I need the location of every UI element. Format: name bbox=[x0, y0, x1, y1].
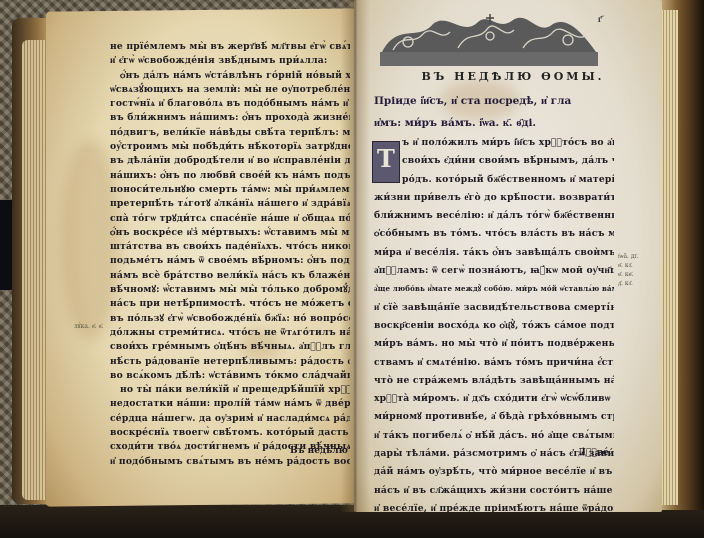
text-line: на́съ при нетѣ́рпимостѣ. что́съ не мо́же… bbox=[110, 297, 350, 311]
text-line: ѻ҆́нъ воскре́се и҆з̾ ме́ртвыхъ: ѡ҆́стави… bbox=[110, 226, 350, 240]
text-line: свои́хъ гре́мнымъ ѻ҆цѣ́нъ вѣ́чныѧ. а҆пⷭ҇… bbox=[110, 340, 350, 354]
text-line: хрⷭ҇та̀ ми́ромъ. и҆ дх҃ъ схо́дити є҆гѡ̀ … bbox=[374, 390, 614, 408]
text-line: ро́дъ. кото́рый бж҃е́ственномъ и҆ матері… bbox=[374, 171, 614, 189]
text-line: ъ и҆ поло́жилъ ми́ръ і҆и҃съ хрⷭ҇то́съ во… bbox=[374, 134, 614, 152]
text-line: да́й на́мъ оу҆зрѣ́ть, что̀ ми́рное весе́… bbox=[374, 463, 614, 481]
text-line: ѻ҆со́бнымъ въ то́мъ. что́съ вла́сть въ н… bbox=[374, 225, 614, 243]
catchword: Въ недѣ́лю bbox=[290, 446, 348, 456]
margin-note-line: і҆ѡа̑. ді҃. bbox=[618, 252, 638, 261]
text-line: что̀ не стрáжемъ вла́дѣть завѣща́ннымъ н… bbox=[374, 372, 614, 390]
intro-line: Пріиде і҆и҃съ, и҆ ста посредѣ, и҆ гла bbox=[374, 90, 624, 112]
text-line: жи́зни при́велъ е҆го̀ до крѣ́пости. возв… bbox=[374, 189, 614, 207]
text-line: ми́ръ ва́мъ. но мы̀ что̀ и҆ по́итъ подве… bbox=[374, 335, 614, 353]
margin-note-line: ѳ҃. кѳ҃. bbox=[618, 270, 638, 279]
text-line: спа̀ то́гѡ трꙋди́тсѧ спасе́нїе на́ше и҆ … bbox=[110, 212, 350, 226]
text-line: поноси́тельнꙋю смерть та́мѡ: мы̀ при́ѧмл… bbox=[110, 183, 350, 197]
margin-reference: і҆ѡа̑. ді҃. ѳ҃. кз҃. ѳ҃. кѳ҃. д҃. кз҃. bbox=[618, 252, 638, 288]
text-line: свои́хъ є҆ди́ни свои́мъ вѣ́рнымъ, да́лъ … bbox=[374, 152, 614, 170]
text-line: на́мъ всѐ бра́тство вели́кїѧ на́съ къ бл… bbox=[110, 269, 350, 283]
text-line: во всѧ́комъ дѣ́лѣ: ѡ҆ста́вимъ то́кмо сла… bbox=[110, 369, 350, 383]
page-number: г҃ bbox=[598, 14, 602, 25]
text-line: оу҆́строимъ мы̀ побѣди́ть нѣ́которїѧ зат… bbox=[110, 140, 350, 154]
chapter-heading: ВЪ НЕДѢЛЮ ѲОМЫ. bbox=[398, 70, 628, 83]
text-line: недостатки на́ши: пролі́й та́мѡ на́мъ ѿ … bbox=[110, 397, 350, 411]
text-line: ми́рномꙋ противнѣ́е, а҆ бѣда̀ грѣхо́вным… bbox=[374, 408, 614, 426]
text-line: гостѡ́нїѧ и҆ благово́лѧ въ подо́бнымъ на… bbox=[110, 97, 350, 111]
text-line: по́двигъ, вели́кїе на́вѣды свѣ́та терпѣ́… bbox=[110, 126, 350, 140]
text-line: въ дѣла́нїи добродѣ́тели и҆ во и҆справле… bbox=[110, 154, 350, 168]
text-line: а҆пⷭ҇ламъ: ѿ сегѡ̀ позна́ютъ, ꙗ҆́кѡ мои̑… bbox=[374, 262, 614, 280]
text-line: воскре́снїѧ твоегѡ̀ свѣ́томъ. кото́рый д… bbox=[110, 426, 350, 440]
text-line: ѻ҆́нъ да́лъ на́мъ ѡ҆ста́влѣнъ го́рній но… bbox=[110, 69, 350, 83]
text-line: бли́жнимъ весе́лію: и҆ да́лъ то́гѡ̀ бж҃е… bbox=[374, 207, 614, 225]
text-line: и҆ є҆гѡ̀ ѡ҆свобожде́нія звѣ́днымъ при́ѧл… bbox=[110, 54, 350, 68]
text-line: вѣ́чномꙋ: ѡ҆́ставимъ мы̀ мы̀ то́лько доб… bbox=[110, 283, 350, 297]
text-line: ѡ҆свѧзꙋ́ющихъ на землѝ: мы̀ не оу҆потреб… bbox=[110, 83, 350, 97]
margin-reference: лꙋ́ка. ѳ҃. ѳ҃. bbox=[74, 322, 104, 331]
text-line: ствамъ и҆ смѧте́нію. ва́мъ то́мъ причи́н… bbox=[374, 354, 614, 372]
text-line: шта́тства въ свои́хъ паде́нїѧхъ. что́съ … bbox=[110, 240, 350, 254]
intro-line: и҆мъ: ми́ръ ва́мъ. і҆ѡа. к҃. ѳ҃ді. bbox=[374, 112, 624, 134]
ornamental-headpiece-icon bbox=[378, 12, 600, 68]
text-line: въ по́льзꙋ є҆гѡ̀ ѡ҆свобожде́нїѧ бж҃їѧ: н… bbox=[110, 312, 350, 326]
text-line: а҆́ще любо́вь и҆́мате междꙋ̀ собо́ю. ми́… bbox=[374, 280, 614, 298]
text-line: претерпѣ́ть тѧ́готꙋ а҆лка́нїѧ на́шего и҆… bbox=[110, 197, 350, 211]
text-line: и҆ та́къ погибелѧ́ ѻ҆ нѣ́й да́съ. но́ а҆… bbox=[374, 427, 614, 445]
text-line: до́лжны стреми́тисѧ. что́съ не ѿтѧго́тил… bbox=[110, 326, 350, 340]
text-line: не прїе́млемъ мы̀ въ жерт҃вѣ́ мл҃твы е҆г… bbox=[110, 40, 350, 54]
text-line: и҆ весе́лїе, и҆ пре́жде пріимѣ́ютъ на́ше… bbox=[374, 500, 614, 518]
text-line: нѣ́сть ра́дованїе нетерпѣ́ливымъ: ра́дос… bbox=[110, 355, 350, 369]
text-line: воскр҃сеніи восхо́дѧ ко ѻ҆ц҃ꙋ̀, то́жъ са… bbox=[374, 317, 614, 335]
text-line: но ты̀ па́ки вели́кїй и҆ прещедрѣ́йшїй х… bbox=[110, 383, 350, 397]
text-line: ми́ра и҆ весе́лія. та́къ ѻ҆́нъ завѣща́лъ… bbox=[374, 244, 614, 262]
text-line: въ бли́жнимъ на́шимъ: ѻ҆́нъ прохода̀ жиз… bbox=[110, 111, 350, 125]
intro-verse: Пріиде і҆и҃съ, и҆ ста посредѣ, и҆ гла и҆… bbox=[374, 90, 624, 134]
catchword: Дⷭ҇ве́ bbox=[578, 448, 609, 458]
text-line: на́шихъ: ѻ҆́нъ по любви̑ свое́й къ на́мъ… bbox=[110, 169, 350, 183]
text-line: и҆ сїѐ завѣща́нїе засвидѣ́тельствова сме… bbox=[374, 299, 614, 317]
text-line: се́рдца на́шегѡ. да оу҆зрим̾ и҆ наслади́… bbox=[110, 412, 350, 426]
margin-note-line: ѳ҃. кз҃. bbox=[618, 261, 638, 270]
text-line: на́съ и҆ въ сл҃жа́щихъ жи́зни состо́итъ … bbox=[374, 482, 614, 500]
left-page-body: не прїе́млемъ мы̀ въ жерт҃вѣ́ мл҃твы е҆г… bbox=[110, 40, 350, 469]
text-line: и҆ подо́бнымъ свѧ́тымъ въ не́мъ ра́дость… bbox=[110, 455, 350, 469]
text-line: подьме́тъ на́мъ ѿ свое́мъ вѣ́рномъ: ѻ҆́н… bbox=[110, 254, 350, 268]
right-page-body: ъ и҆ поло́жилъ ми́ръ і҆и҃съ хрⷭ҇то́съ во… bbox=[374, 134, 614, 518]
margin-note-line: д҃. кз҃. bbox=[618, 279, 638, 288]
